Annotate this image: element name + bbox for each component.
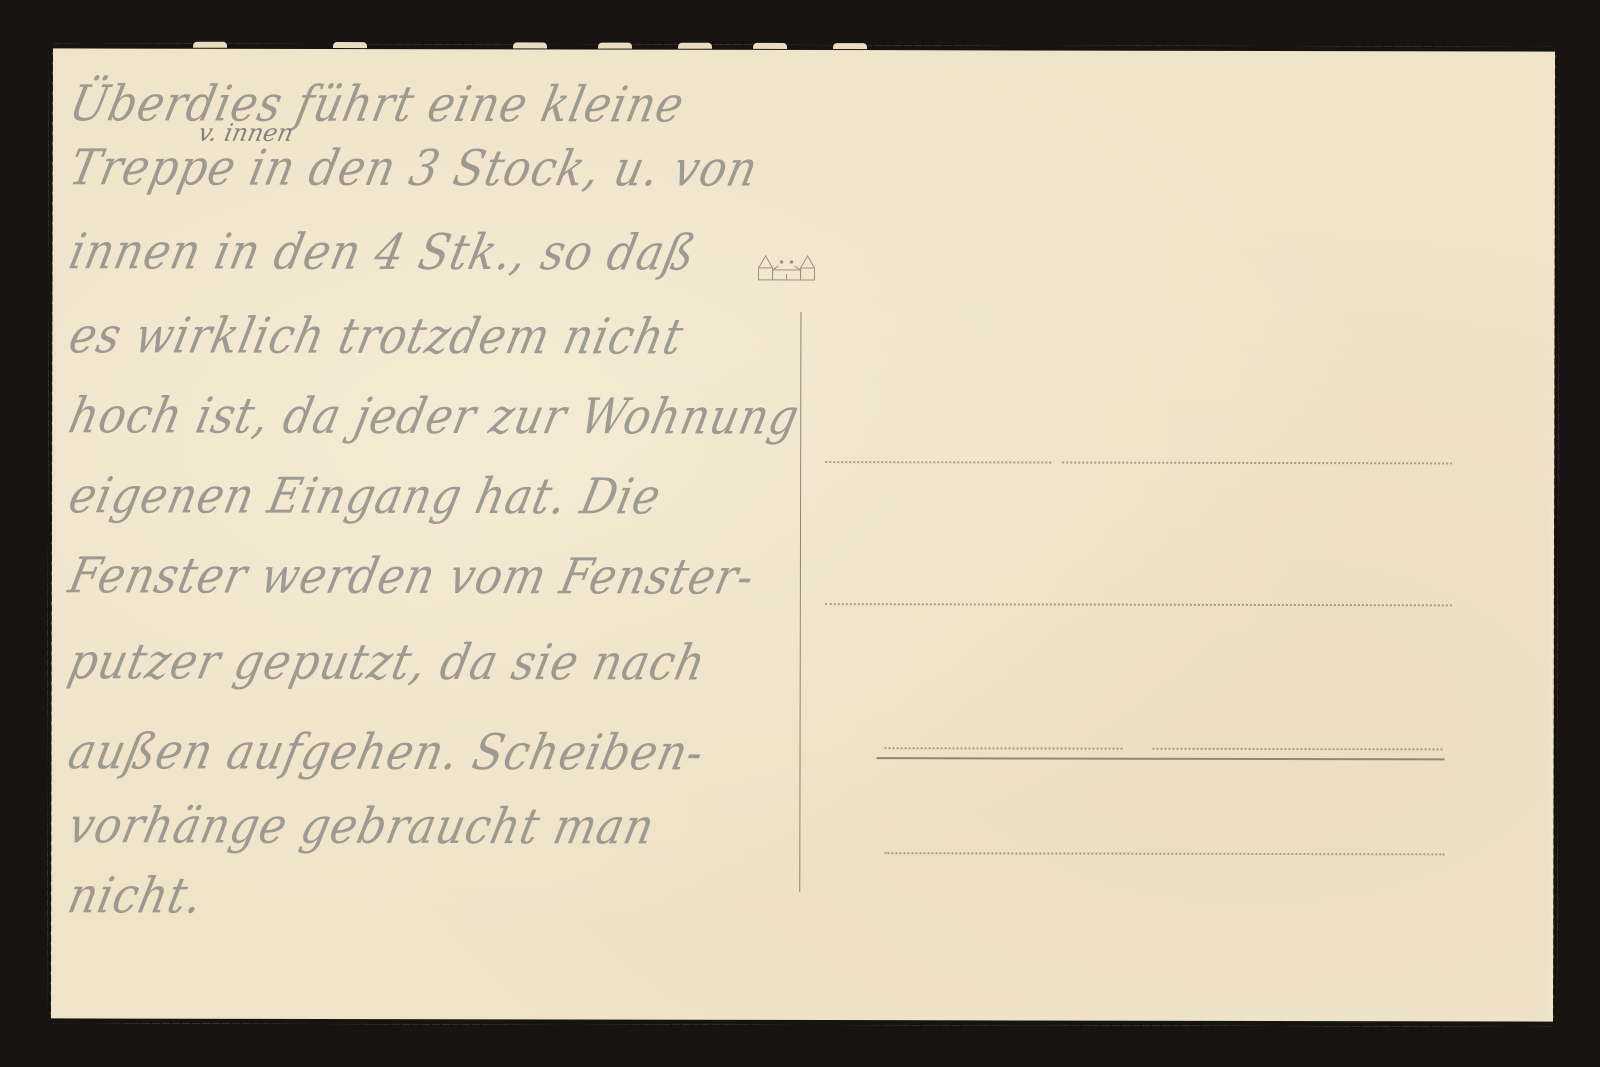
address-line-3-dotted-a: [885, 747, 1123, 749]
deckle-edge-bottom: [51, 1013, 1553, 1026]
address-line-4: [884, 852, 1444, 855]
address-line-3-solid: [877, 757, 1445, 760]
message-line-11: nicht.: [63, 867, 208, 924]
address-line-3-dotted-b: [1153, 748, 1443, 751]
handwritten-message: Überdies führt eine kleine v. innen Trep…: [71, 78, 801, 80]
message-line-10: vorhänge gebraucht man: [63, 797, 660, 855]
message-line-5: hoch ist, da jeder zur Wohnung: [64, 387, 804, 446]
message-line-9: außen aufgehen. Scheiben-: [63, 723, 709, 781]
deckle-edge-left: [47, 48, 57, 1018]
address-line-2: [825, 603, 1452, 606]
message-line-6: eigenen Eingang hat. Die: [64, 467, 666, 525]
message-line-8: putzer geputzt, da sie nach: [64, 633, 712, 691]
postcard-divider-line: [799, 312, 801, 892]
castle-icon: [757, 254, 817, 286]
deckle-edge-top: [53, 43, 1555, 56]
address-line-1a: [825, 461, 1051, 463]
postcard: Überdies führt eine kleine v. innen Trep…: [51, 48, 1555, 1021]
message-line-1: Überdies führt eine kleine: [65, 75, 690, 133]
deckle-edge-right: [1549, 52, 1559, 1022]
message-line-3: innen in den 4 Stk., so daß: [64, 223, 701, 281]
message-line-4: es wirklich trotzdem nicht: [64, 307, 688, 365]
address-line-1b: [1062, 462, 1452, 465]
message-line-7: Fenster werden vom Fenster-: [64, 547, 760, 606]
message-line-2: Treppe in den 3 Stock, u. von: [65, 139, 737, 197]
scan-background: Überdies führt eine kleine v. innen Trep…: [0, 0, 1600, 1067]
